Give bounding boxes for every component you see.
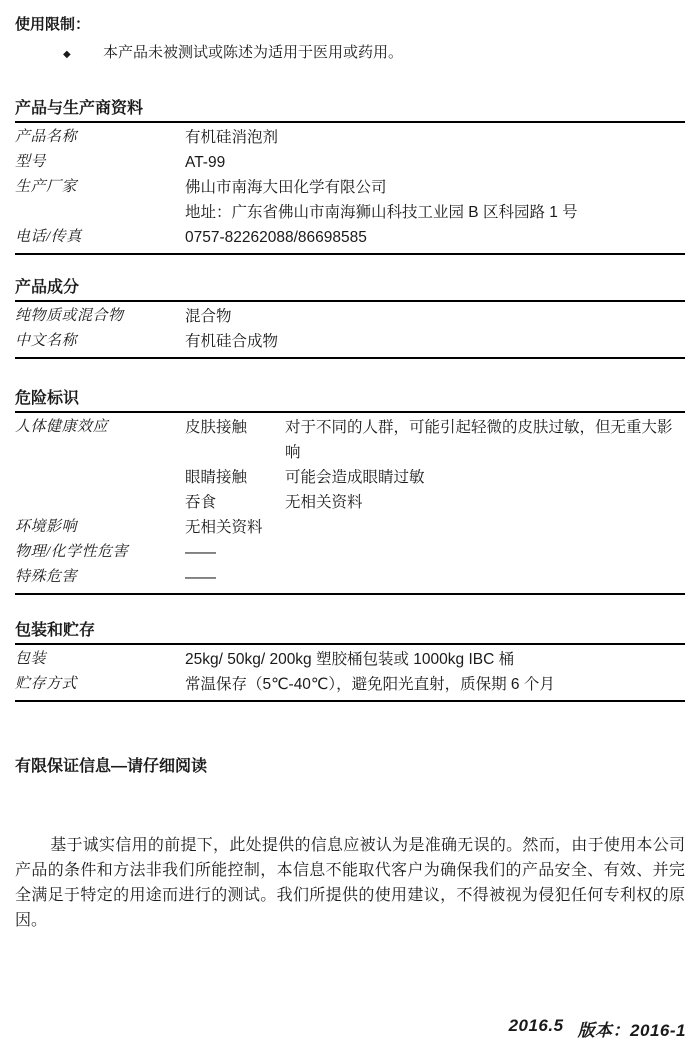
field-value: 常温保存（5℃-40℃），避免阳光直射，质保期 6 个月	[185, 672, 685, 697]
hazard-heading: 危险标识	[15, 389, 685, 413]
product-info-heading: 产品与生产商资料	[15, 99, 685, 123]
field-row-phone-fax: 电话/传真 0757-82262088/86698585	[15, 225, 685, 250]
field-label: 贮存方式	[15, 672, 185, 697]
usage-bullet-item: ◆ 本产品未被测试或陈述为适用于医用或药用。	[15, 42, 685, 66]
hazard-detail: 对于不同的人群，可能引起轻微的皮肤过敏，但无重大影响	[285, 415, 681, 465]
field-row-product-name: 产品名称 有机硅消泡剂	[15, 125, 685, 150]
hazard-topic: 吞食	[185, 490, 285, 515]
hazard-topic: ——	[185, 565, 285, 590]
field-label: 产品名称	[15, 125, 185, 150]
field-label: 包装	[15, 647, 185, 672]
hazard-row-environment: 环境影响 无相关资料	[15, 515, 685, 540]
field-value: 有机硅合成物	[185, 329, 685, 354]
field-label: 环境影响	[15, 515, 185, 540]
hazard-table: 人体健康效应 皮肤接触 对于不同的人群，可能引起轻微的皮肤过敏，但无重大影响 眼…	[15, 413, 685, 595]
field-value: 混合物	[185, 304, 685, 329]
field-label: 物理/化学性危害	[15, 540, 185, 565]
hazard-row-physical-chemical: 物理/化学性危害 ——	[15, 540, 685, 565]
hazard-topic: 皮肤接触	[185, 415, 285, 440]
field-row-model: 型号 AT-99	[15, 150, 685, 175]
packaging-table: 包装 25kg/ 50kg/ 200kg 塑胶桶包装或 1000kg IBC 桶…	[15, 645, 685, 702]
product-info-table: 产品名称 有机硅消泡剂 型号 AT-99 生产厂家 佛山市南海大田化学有限公司 …	[15, 123, 685, 255]
hazard-topic: ——	[185, 540, 285, 565]
packaging-section: 包装和贮存 包装 25kg/ 50kg/ 200kg 塑胶桶包装或 1000kg…	[15, 621, 685, 702]
field-label: 特殊危害	[15, 565, 185, 590]
footer-date: 2016.5	[509, 1016, 564, 1041]
field-value: 0757-82262088/86698585	[185, 225, 685, 250]
usage-restrictions-section: 使用限制： ◆ 本产品未被测试或陈述为适用于医用或药用。	[15, 14, 685, 66]
field-value: 有机硅消泡剂	[185, 125, 685, 150]
field-row-address: 地址：广东省佛山市南海狮山科技工业园 B 区科园路 1 号	[15, 200, 685, 225]
warranty-paragraph: 基于诚实信用的前提下，此处提供的信息应被认为是准确无误的。然而，由于使用本公司产…	[15, 833, 685, 933]
document-footer: 2016.5 版本：2016-1	[509, 1016, 686, 1041]
field-label: 电话/传真	[15, 225, 185, 250]
hazard-row-ingestion: 吞食 无相关资料	[15, 490, 685, 515]
warranty-section: 有限保证信息—请仔细阅读 基于诚实信用的前提下，此处提供的信息应被认为是准确无误…	[15, 757, 685, 933]
product-info-section: 产品与生产商资料 产品名称 有机硅消泡剂 型号 AT-99 生产厂家 佛山市南海…	[15, 99, 685, 255]
hazard-row-eye-contact: 眼睛接触 可能会造成眼睛过敏	[15, 465, 685, 490]
footer-version: 版本：2016-1	[578, 1016, 686, 1041]
field-row-storage: 贮存方式 常温保存（5℃-40℃），避免阳光直射，质保期 6 个月	[15, 672, 685, 697]
field-value: 佛山市南海大田化学有限公司	[185, 175, 685, 200]
document-page: 使用限制： ◆ 本产品未被测试或陈述为适用于医用或药用。 产品与生产商资料 产品…	[0, 0, 700, 1056]
hazard-row-special: 特殊危害 ——	[15, 565, 685, 590]
field-label: 中文名称	[15, 329, 185, 354]
warranty-heading: 有限保证信息—请仔细阅读	[15, 757, 685, 777]
field-label: 人体健康效应	[15, 415, 185, 440]
packaging-heading: 包装和贮存	[15, 621, 685, 645]
usage-bullet-text: 本产品未被测试或陈述为适用于医用或药用。	[103, 42, 403, 64]
hazard-row-skin-contact: 人体健康效应 皮肤接触 对于不同的人群，可能引起轻微的皮肤过敏，但无重大影响	[15, 415, 685, 465]
field-label: 型号	[15, 150, 185, 175]
field-row-chinese-name: 中文名称 有机硅合成物	[15, 329, 685, 354]
hazard-topic: 眼睛接触	[185, 465, 285, 490]
field-row-packaging: 包装 25kg/ 50kg/ 200kg 塑胶桶包装或 1000kg IBC 桶	[15, 647, 685, 672]
field-row-substance-type: 纯物质或混合物 混合物	[15, 304, 685, 329]
composition-table: 纯物质或混合物 混合物 中文名称 有机硅合成物	[15, 302, 685, 359]
diamond-bullet-icon: ◆	[63, 44, 103, 66]
hazard-section: 危险标识 人体健康效应 皮肤接触 对于不同的人群，可能引起轻微的皮肤过敏，但无重…	[15, 389, 685, 595]
hazard-detail: 无相关资料	[285, 490, 681, 515]
field-row-manufacturer: 生产厂家 佛山市南海大田化学有限公司	[15, 175, 685, 200]
field-value: AT-99	[185, 150, 685, 175]
hazard-detail: 可能会造成眼睛过敏	[285, 465, 681, 490]
composition-section: 产品成分 纯物质或混合物 混合物 中文名称 有机硅合成物	[15, 278, 685, 359]
field-value: 25kg/ 50kg/ 200kg 塑胶桶包装或 1000kg IBC 桶	[185, 647, 685, 672]
field-label: 生产厂家	[15, 175, 185, 200]
field-label: 纯物质或混合物	[15, 304, 185, 329]
hazard-topic: 无相关资料	[185, 515, 285, 540]
field-value: 地址：广东省佛山市南海狮山科技工业园 B 区科园路 1 号	[185, 200, 685, 225]
usage-restrictions-heading: 使用限制：	[15, 14, 685, 36]
composition-heading: 产品成分	[15, 278, 685, 302]
